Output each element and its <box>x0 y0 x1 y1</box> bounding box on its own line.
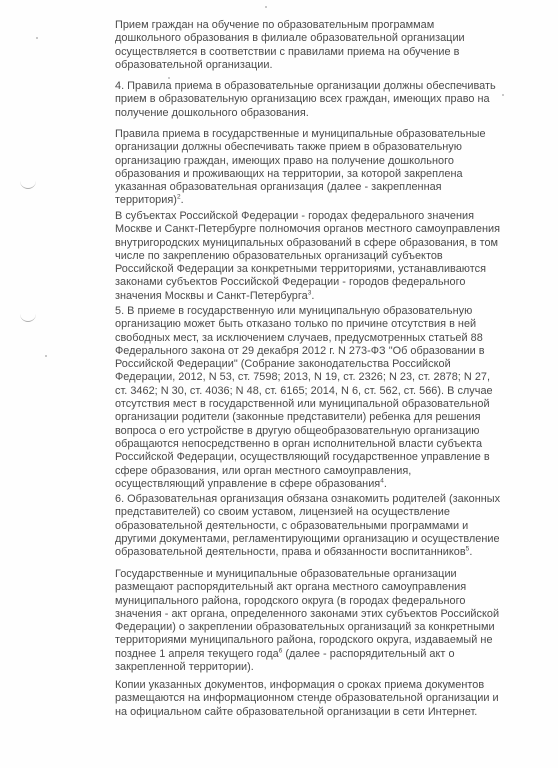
text-line: прием в образовательную организацию всех… <box>115 93 530 106</box>
paragraph-assigned-territory: Правила приема в государственные и муниц… <box>115 128 530 208</box>
paragraph-text: 4. Правила приема в образовательные орга… <box>115 80 530 120</box>
text-line: образовательной организации. <box>115 59 530 72</box>
text-fragment: значения Москвы и Санкт-Петербурга <box>115 290 308 302</box>
text-line: Российской Федерации, осуществляющий гос… <box>115 451 530 464</box>
text-line: указанная образовательная организация (д… <box>115 181 530 194</box>
punch-hole-mark <box>20 313 36 322</box>
scanned-document-page: Прием граждан на обучение по образовател… <box>0 0 558 768</box>
text-line: организации родители (законные представи… <box>115 411 530 424</box>
text-line: организацию граждан, имеющих право на по… <box>115 155 530 168</box>
text-line: свободных мест, за исключением случаев, … <box>115 332 530 345</box>
text-fragment: осуществляющий управление в сфере образо… <box>115 478 380 490</box>
text-line: размещаются на информационном стенде обр… <box>115 692 530 705</box>
paragraph-section-5: 5. В приеме в государственную или муници… <box>115 305 530 491</box>
text-line: территориями муниципального района, горо… <box>115 634 530 647</box>
text-fragment: . <box>384 478 387 490</box>
text-line: Российской Федерации" (Собрание законода… <box>115 358 530 371</box>
paragraph-section-6: 6. Образовательная организация обязана о… <box>115 493 530 559</box>
text-line: отсутствия мест в государственной или му… <box>115 398 530 411</box>
scan-speck <box>36 37 38 39</box>
text-line: внутригородских муниципальных образовани… <box>115 237 530 250</box>
text-line: законами субъектов Российской Федерации … <box>115 276 530 289</box>
paragraph-text: 5. В приеме в государственную или муници… <box>115 305 530 491</box>
text-line: сфере образования, или орган местного са… <box>115 465 530 478</box>
text-fragment: . <box>181 194 184 206</box>
text-fragment: . <box>469 546 472 558</box>
text-line: Москве и Санкт-Петербурге полномочия орг… <box>115 223 530 236</box>
text-line: дошкольного образования в филиале образо… <box>115 32 530 45</box>
text-line: Федерации, 2012, N 53, ст. 7598; 2013, N… <box>115 371 530 384</box>
text-line: 5. В приеме в государственную или муници… <box>115 305 530 318</box>
text-line: 6. Образовательная организация обязана о… <box>115 493 530 506</box>
text-line: Правила приема в государственные и муниц… <box>115 128 530 141</box>
paragraph-text: 6. Образовательная организация обязана о… <box>115 493 530 559</box>
text-line: образовательной деятельности, права и об… <box>115 546 530 559</box>
text-line: обращаются непосредственно в орган испол… <box>115 438 530 451</box>
scan-speck <box>265 6 267 8</box>
paragraph-administrative-act: Государственные и муниципальные образова… <box>115 568 530 674</box>
text-line: вопроса о его устройстве в другую общеоб… <box>115 425 530 438</box>
scan-speck <box>168 77 170 79</box>
text-line: позднее 1 апреля текущего года6 (далее -… <box>115 648 530 675</box>
paragraph-text: Государственные и муниципальные образова… <box>115 568 530 674</box>
paragraph-text: Прием граждан на обучение по образовател… <box>115 19 530 72</box>
text-line: В субъектах Российской Федерации - город… <box>115 210 530 223</box>
punch-hole-mark <box>20 180 36 189</box>
text-line: значения - акт органа, определенного зак… <box>115 608 530 621</box>
text-line: организацию может быть отказано только п… <box>115 318 530 331</box>
text-line: Федерации) о закреплении образовательных… <box>115 621 530 634</box>
text-line: 4. Правила приема в образовательные орга… <box>115 80 530 93</box>
text-line: Прием граждан на обучение по образовател… <box>115 19 530 32</box>
text-line: Федерального закона от 29 декабря 2012 г… <box>115 345 530 358</box>
paragraph-document-copies: Копии указанных документов, информация о… <box>115 679 530 719</box>
text-fragment: образовательной деятельности, права и об… <box>115 546 466 558</box>
text-line: представителей) со своим уставом, лиценз… <box>115 506 530 519</box>
paragraph-text: В субъектах Российской Федерации - город… <box>115 210 530 303</box>
text-line: на официальном сайте образовательной орг… <box>115 706 530 719</box>
text-line: осуществляется в соответствии с правилам… <box>115 46 530 59</box>
paragraph-branch-admission: Прием граждан на обучение по образовател… <box>115 19 530 72</box>
text-line: Копии указанных документов, информация о… <box>115 679 530 692</box>
text-line: Российской Федерации за конкретными терр… <box>115 263 530 276</box>
text-line: размещают распорядительный акт органа ме… <box>115 581 530 594</box>
text-line: муниципального района, городского округа… <box>115 595 530 608</box>
paragraph-text: Копии указанных документов, информация о… <box>115 679 530 719</box>
paragraph-federal-cities: В субъектах Российской Федерации - город… <box>115 210 530 303</box>
text-line: осуществляющий управление в сфере образо… <box>115 478 530 491</box>
text-line: Государственные и муниципальные образова… <box>115 568 530 581</box>
text-line: значения Москвы и Санкт-Петербурга3. <box>115 290 530 303</box>
text-line: территория)2. <box>115 194 530 207</box>
scan-speck <box>45 355 47 357</box>
text-line: образовательной деятельности, с образова… <box>115 520 530 533</box>
text-line: другими документами, регламентирующими о… <box>115 533 530 546</box>
text-line: образования и проживающих на территории,… <box>115 168 530 181</box>
text-line: числе по закреплению образовательных орг… <box>115 250 530 263</box>
text-line: ст. 3462; N 30, ст. 4036; N 48, ст. 6165… <box>115 385 530 398</box>
text-fragment: . <box>311 290 314 302</box>
text-fragment: территория) <box>115 194 177 206</box>
text-line: организации должны обеспечивать также пр… <box>115 141 530 154</box>
text-fragment: позднее 1 апреля текущего года <box>115 648 279 660</box>
paragraph-section-4: 4. Правила приема в образовательные орга… <box>115 80 530 120</box>
paragraph-text: Правила приема в государственные и муниц… <box>115 128 530 208</box>
text-line: получение дошкольного образования. <box>115 107 530 120</box>
